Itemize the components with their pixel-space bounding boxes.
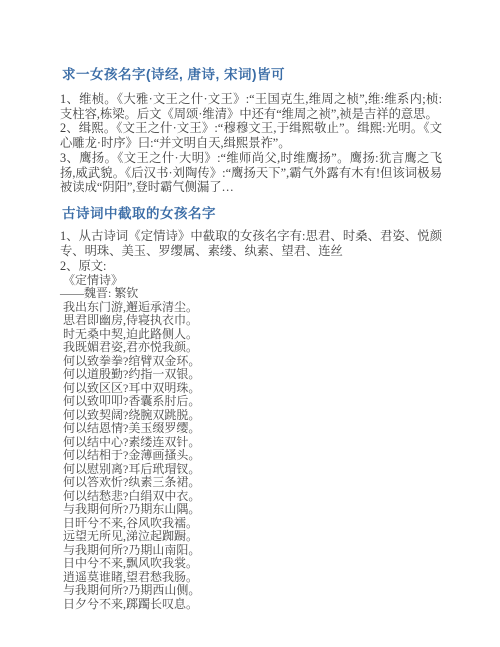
section2-intro: 1、从古诗词《定情诗》中截取的女孩名字有:思君、时桑、君姿、悦颜专、明珠、美玉、…	[60, 229, 442, 274]
poem-line: 日夕兮不来,踯躅长叹息。	[60, 598, 442, 612]
poem-block: 《定情诗》 ——魏晋: 繁钦 我出东门游,邂逅承清尘。 思君即幽房,侍寝执衣巾。…	[60, 274, 442, 612]
original-text-label: 2、原文:	[60, 259, 442, 274]
poem-line: 与我期何所?乃期东山隅。	[60, 503, 442, 517]
paragraph-weizhen: 1、维桢。《大雅·文王之什·文王》:“王国克生,维周之桢”,维:维系内;桢:支柱…	[60, 92, 442, 121]
section2-heading: 古诗词中截取的女孩名字	[60, 202, 442, 222]
section1-paragraphs: 1、维桢。《大雅·文王之什·文王》:“王国克生,维周之桢”,维:维系内;桢:支柱…	[60, 92, 442, 195]
poem-line: 远望无所见,涕泣起踟蹰。	[60, 530, 442, 544]
poem-line: 何以结相于?金薄画搔头。	[60, 449, 442, 463]
section1-heading: 求一女孩名字(诗经, 唐诗, 宋词)皆可	[60, 63, 442, 83]
poem-line: 何以道殷勤?约指一双银。	[60, 368, 442, 382]
paragraph-yingyang: 3、鹰扬。《文王之什·大明》:“维师尚父,时维鹰扬”。鹰扬:犹言鹰之飞扬,威武貌…	[60, 151, 442, 195]
poem-author: ——魏晋: 繁钦	[60, 287, 442, 301]
paragraph-jixi: 2、缉熙。《文王之什·文王》:“穆穆文王,于缉熙敬止”。缉熙:光明。《文心雕龙·…	[60, 121, 442, 150]
document-page: 求一女孩名字(诗经, 唐诗, 宋词)皆可 1、维桢。《大雅·文王之什·文王》:“…	[0, 0, 500, 647]
poem-line: 日中兮不来,飘风吹我裳。	[60, 557, 442, 571]
poem-line: 我既媚君姿,君亦悦我颜。	[60, 341, 442, 355]
poem-line: 思君即幽房,侍寝执衣巾。	[60, 314, 442, 328]
names-list: 1、从古诗词《定情诗》中截取的女孩名字有:思君、时桑、君姿、悦颜专、明珠、美玉、…	[60, 229, 442, 259]
poem-line: 何以致叩叩?香囊系肘后。	[60, 395, 442, 409]
poem-line: 何以答欢忻?纨素三条裙。	[60, 476, 442, 490]
article-content: 求一女孩名字(诗经, 唐诗, 宋词)皆可 1、维桢。《大雅·文王之什·文王》:“…	[60, 63, 442, 611]
poem-line: 与我期何所?乃期西山侧。	[60, 584, 442, 598]
poem-line: 何以结恩情?美玉缀罗缨。	[60, 422, 442, 436]
